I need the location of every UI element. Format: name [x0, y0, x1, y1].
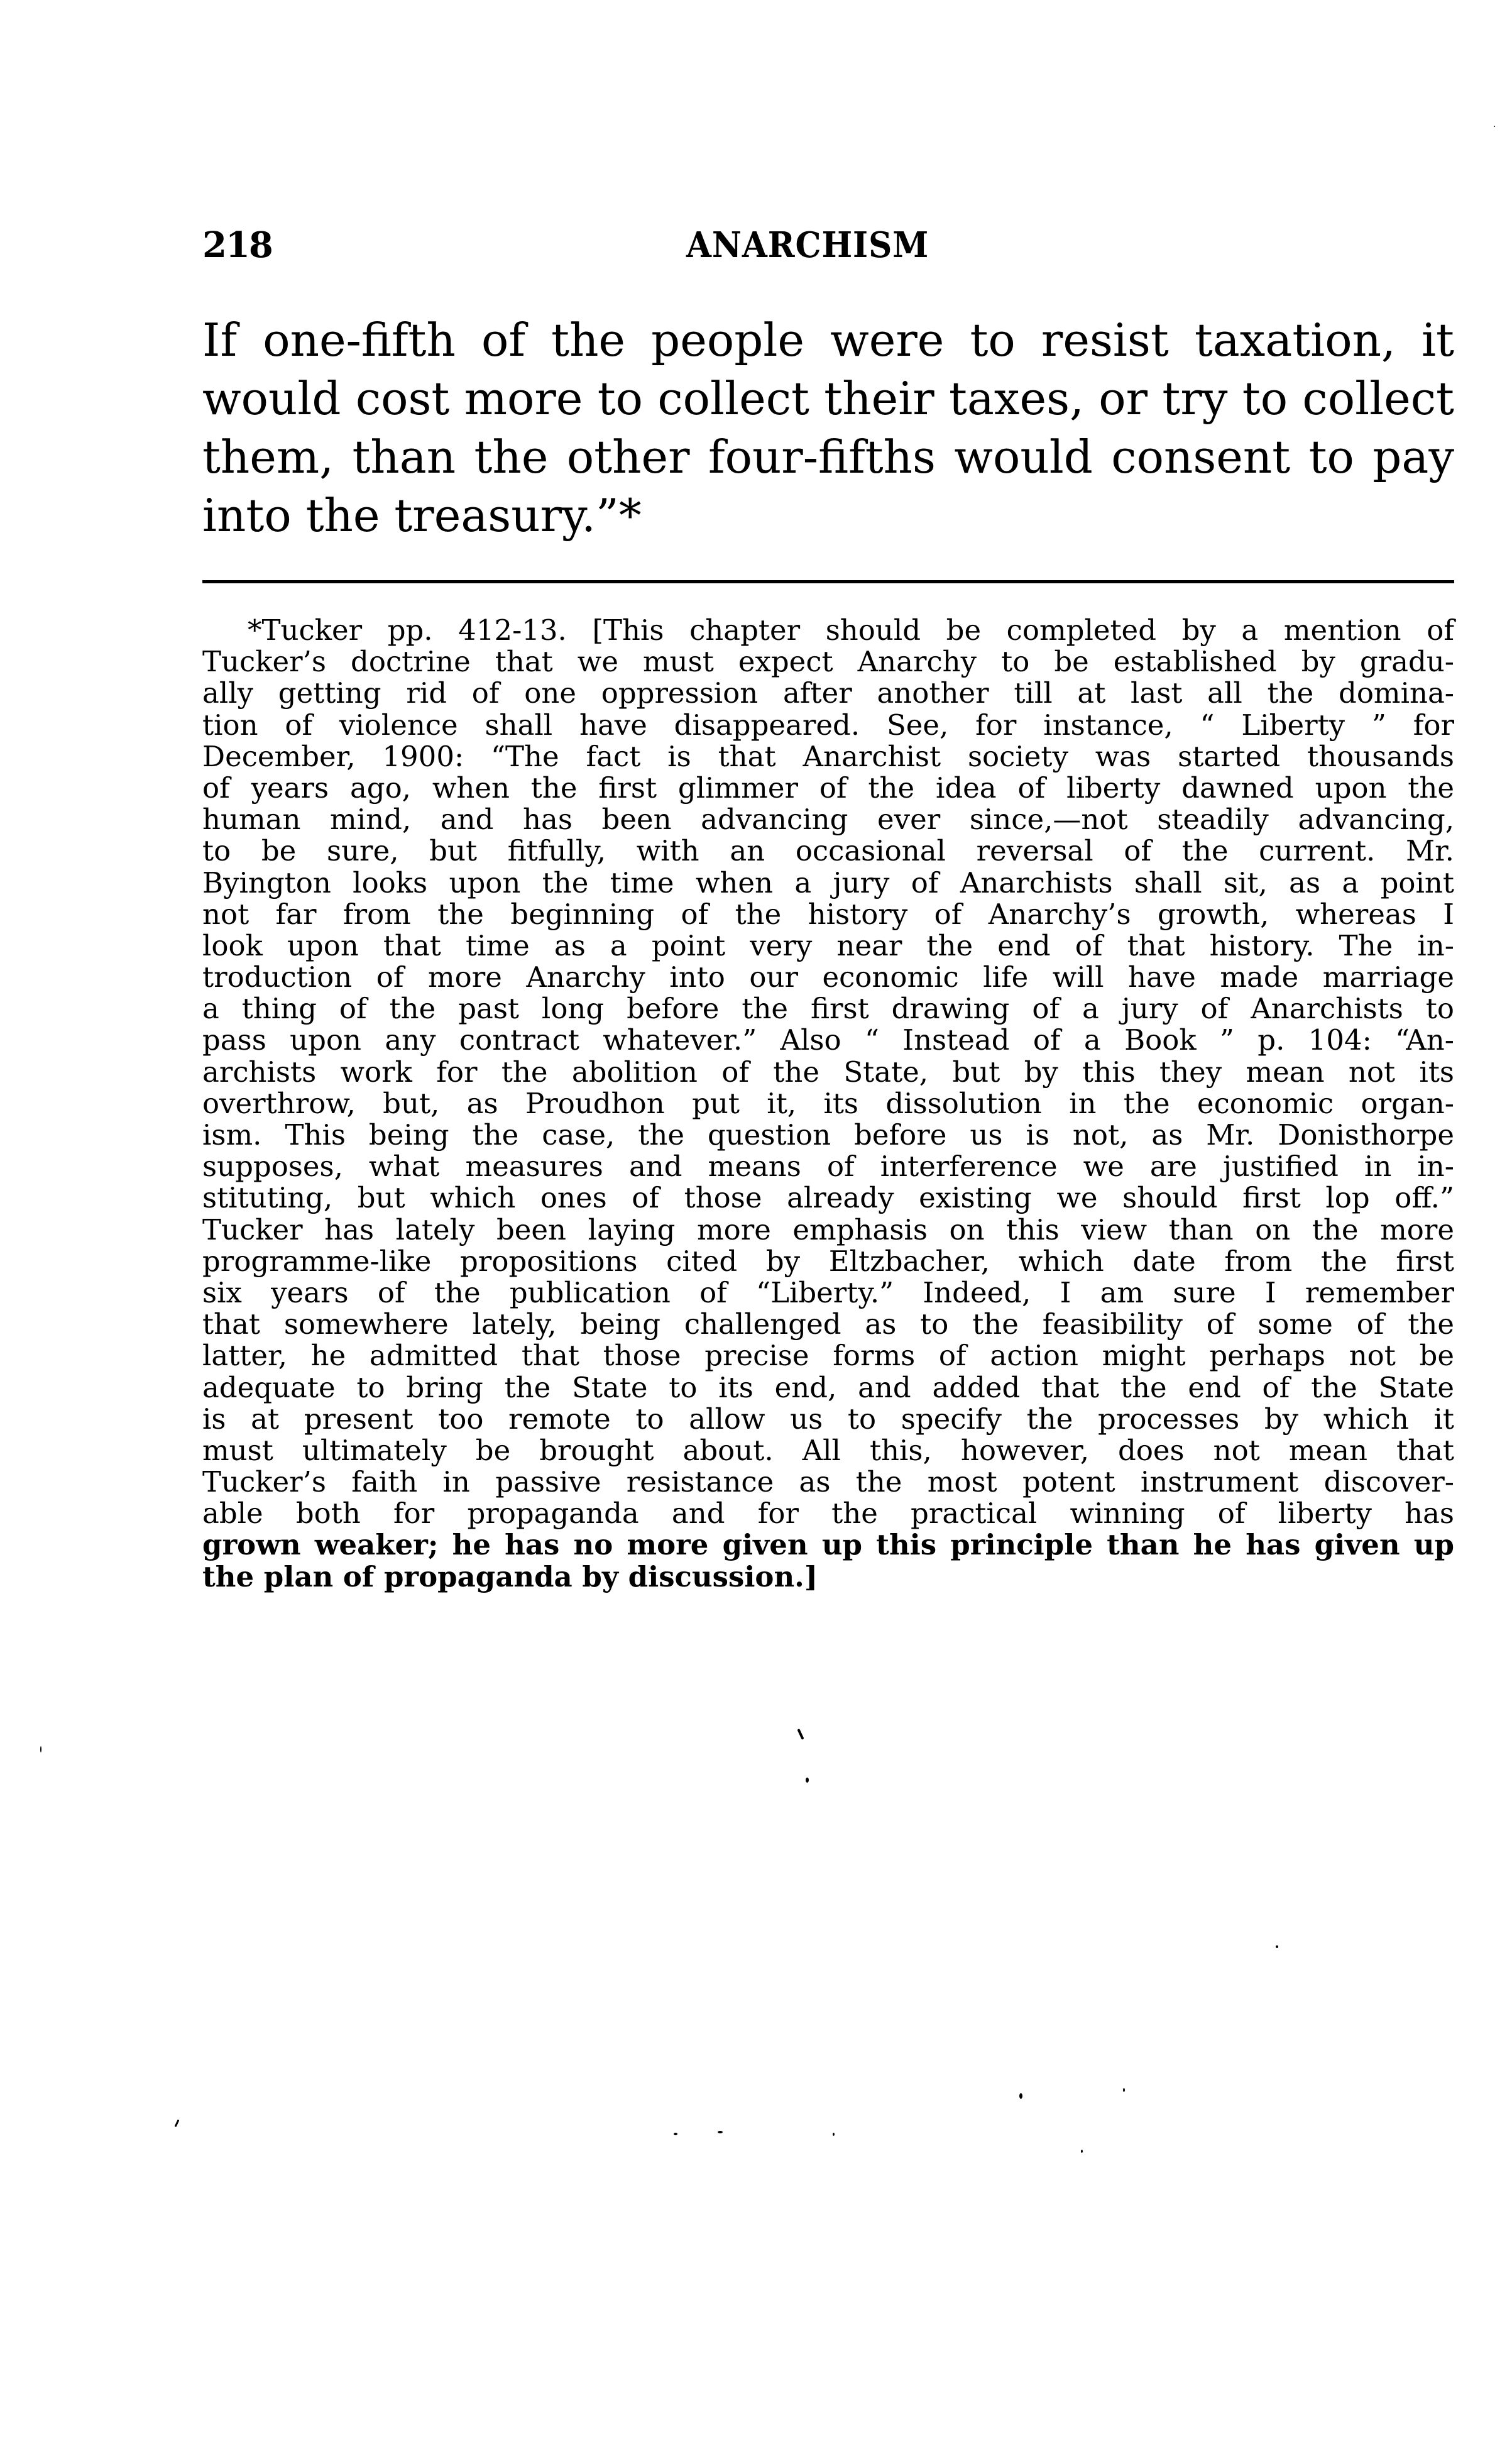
footnote-line: to be sure, but fitfully, with an occasi… [202, 835, 1454, 867]
footnote-line: Tucker’s faith in passive resistance as … [202, 1466, 1454, 1498]
footnote-line: overthrow, but, as Proudhon put it, its … [202, 1088, 1454, 1119]
footnote-line: is at present too remote to allow us to … [202, 1404, 1454, 1435]
scan-speck [1123, 2088, 1125, 2092]
book-page: 218 ANARCHISM If one-fifth of the people… [0, 0, 1512, 2447]
scan-speck [1019, 2093, 1022, 2099]
footnote-line: that somewhere lately, being challenged … [202, 1309, 1454, 1340]
footnote-line: latter, he admitted that those precise f… [202, 1340, 1454, 1372]
footnote-line: a thing of the past long before the firs… [202, 993, 1454, 1025]
footnote-line: the plan of propaganda by discussion.] [202, 1561, 1454, 1593]
footnote-line: Tucker has lately been laying more empha… [202, 1214, 1454, 1246]
footnote-line: archists work for the abolition of the S… [202, 1057, 1454, 1088]
footnote-line: human mind, and has been advancing ever … [202, 804, 1454, 835]
footnote-line: troduction of more Anarchy into our econ… [202, 962, 1454, 993]
footnote-line: look upon that time as a point very near… [202, 930, 1454, 962]
scan-speck [833, 2133, 835, 2136]
body-line: them, than the other four-fifths would c… [202, 428, 1454, 487]
footnote-line: *Tucker pp. 412-13. [This chapter should… [202, 615, 1454, 646]
footnote-line: Tucker’s doctrine that we must expect An… [202, 646, 1454, 678]
footnote-line: six years of the publication of “Liberty… [202, 1277, 1454, 1309]
footnote-line: stituting, but which ones of those alrea… [202, 1182, 1454, 1214]
footnote-line: ally getting rid of one oppression after… [202, 678, 1454, 709]
scan-speck [175, 2120, 180, 2127]
body-paragraph: If one-fifth of the people were to resis… [202, 311, 1454, 545]
footnote-line: adequate to bring the State to its end, … [202, 1372, 1454, 1404]
scan-speck [1081, 2150, 1083, 2153]
footnote-divider [202, 580, 1454, 583]
scan-speck [797, 1729, 804, 1740]
footnote: *Tucker pp. 412-13. [This chapter should… [202, 615, 1454, 1593]
body-line: into the treasury.”* [202, 487, 1454, 545]
footnote-line: December, 1900: “The fact is that Anarch… [202, 741, 1454, 773]
footnote-line: Byington looks upon the time when a jury… [202, 867, 1454, 899]
scan-speck [674, 2133, 677, 2135]
scan-speck [718, 2131, 723, 2133]
footnote-line: supposes, what measures and means of int… [202, 1151, 1454, 1182]
scan-speck [1494, 126, 1495, 127]
footnote-line: must ultimately be brought about. All th… [202, 1435, 1454, 1466]
footnote-line: ism. This being the case, the question b… [202, 1119, 1454, 1151]
footnote-line: not far from the beginning of the histor… [202, 899, 1454, 930]
running-title: ANARCHISM [686, 220, 929, 270]
scan-speck [40, 1746, 41, 1752]
body-line: would cost more to collect their taxes, … [202, 370, 1454, 428]
footnote-line: programme-like propositions cited by Elt… [202, 1246, 1454, 1277]
footnote-line: pass upon any contract whatever.” Also “… [202, 1025, 1454, 1056]
footnote-line: grown weaker; he has no more given up th… [202, 1529, 1454, 1561]
body-line: If one-fifth of the people were to resis… [202, 311, 1454, 370]
footnote-line: able both for propaganda and for the pra… [202, 1498, 1454, 1529]
footnote-line: of years ago, when the first glimmer of … [202, 773, 1454, 804]
scan-speck [1276, 1945, 1278, 1948]
scan-speck [806, 1778, 809, 1783]
running-head: 218 ANARCHISM [202, 220, 1454, 270]
footnote-line: tion of violence shall have disappeared.… [202, 710, 1454, 741]
page-number: 218 [202, 220, 272, 270]
